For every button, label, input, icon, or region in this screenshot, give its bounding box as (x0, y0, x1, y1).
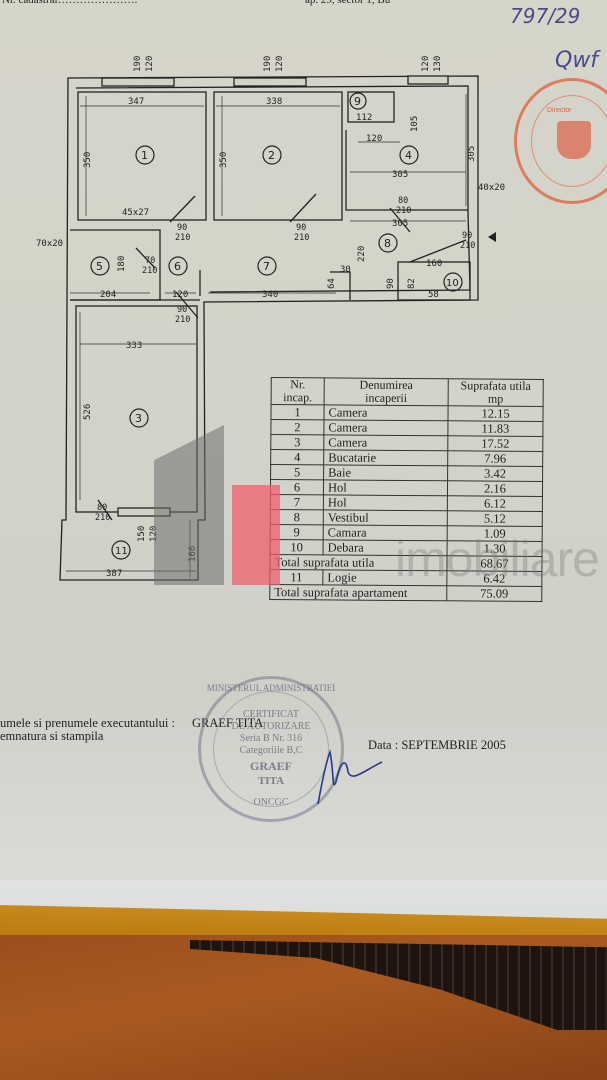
window3-width: 150 (137, 526, 147, 542)
dim-room8-width: 305 (392, 219, 408, 229)
door-label: 210 (175, 233, 190, 243)
dim-room1-width: 347 (128, 97, 144, 107)
dim-room2-height: 350 (219, 152, 229, 168)
room-marker-9: 9 (350, 93, 366, 109)
door-label: 90 (462, 231, 472, 241)
door-label: 80 (97, 503, 107, 513)
door-label: 210 (460, 241, 475, 251)
dim-room6-width: 120 (172, 290, 188, 300)
door-label: 210 (142, 266, 157, 276)
svg-text:1: 1 (141, 149, 148, 162)
watermark-text: imobiliare (395, 530, 599, 588)
dim-room1-height: 350 (83, 152, 93, 168)
svg-text:3: 3 (135, 412, 142, 425)
door-label: 210 (175, 315, 190, 325)
dim-105: 105 (410, 116, 420, 132)
room-marker-5: 5 (91, 257, 109, 275)
dim-room5-height: 180 (117, 256, 127, 272)
door-label: 210 (95, 513, 110, 523)
dim-room5-width: 204 (100, 290, 116, 300)
room-marker-11: 11 (112, 541, 130, 559)
dim-room8-height: 220 (357, 246, 367, 262)
dim-room9-width: 112 (356, 113, 372, 123)
dim-64: 64 (327, 278, 337, 289)
dim-120: 120 (366, 134, 382, 144)
door-label: 80 (398, 196, 408, 206)
svg-text:11: 11 (115, 546, 128, 557)
room-marker-6: 6 (169, 257, 187, 275)
window2-height: 120 (275, 56, 285, 72)
dim-room11-width: 387 (106, 569, 122, 579)
dim-room3-width: 333 (126, 341, 142, 351)
vent-70x20: 70x20 (36, 239, 63, 249)
vent-45x27: 45x27 (122, 208, 149, 218)
window1-height: 120 (145, 56, 155, 72)
dim-room3-height: 526 (83, 404, 93, 420)
door-label: 90 (296, 223, 306, 233)
room-marker-1: 1 (136, 146, 154, 164)
room-marker-8: 8 (379, 234, 397, 252)
room-marker-4: 4 (400, 146, 418, 164)
dim-room4-width: 305 (392, 170, 408, 180)
room-marker-3: 3 (130, 409, 148, 427)
door-label: 210 (396, 206, 411, 216)
svg-text:9: 9 (354, 95, 361, 108)
date-label: Data : SEPTEMBRIE 2005 (368, 738, 506, 753)
svg-text:7: 7 (263, 260, 270, 273)
svg-text:10: 10 (446, 278, 459, 289)
vent-40x20: 40x20 (478, 183, 505, 193)
signature-scribble (312, 742, 384, 808)
svg-text:5: 5 (96, 260, 103, 273)
window1-width: 190 (133, 56, 143, 72)
dim-room10-width: 58 (428, 290, 439, 300)
svg-text:4: 4 (405, 149, 412, 162)
room-marker-10: 10 (444, 273, 462, 291)
room-marker-2: 2 (263, 146, 281, 164)
window4-height: 130 (433, 56, 443, 72)
svg-text:8: 8 (384, 237, 391, 250)
window2-width: 190 (263, 56, 273, 72)
entrance-arrow-icon (488, 232, 496, 242)
door-label: 210 (294, 233, 309, 243)
door-label: 70 (145, 256, 155, 266)
dim-room2-width: 338 (266, 97, 282, 107)
room-marker-7: 7 (258, 257, 276, 275)
watermark-red-block (232, 485, 280, 585)
dim-90: 90 (386, 278, 396, 289)
dim-room4-height: 305 (467, 146, 477, 162)
door-label: 90 (177, 223, 187, 233)
dim-room7-width: 340 (262, 290, 278, 300)
table-header-row: Nr.incap. Denumireaincaperii Suprafata u… (271, 378, 543, 407)
svg-text:2: 2 (268, 149, 275, 162)
signature-label: emnatura si stampila (0, 729, 103, 744)
dim-82: 82 (407, 278, 417, 289)
door-label: 90 (177, 305, 187, 315)
svg-text:6: 6 (174, 260, 181, 273)
dim-30: 30 (340, 265, 351, 275)
dim-160: 160 (426, 259, 442, 269)
window4-width: 120 (421, 56, 431, 72)
